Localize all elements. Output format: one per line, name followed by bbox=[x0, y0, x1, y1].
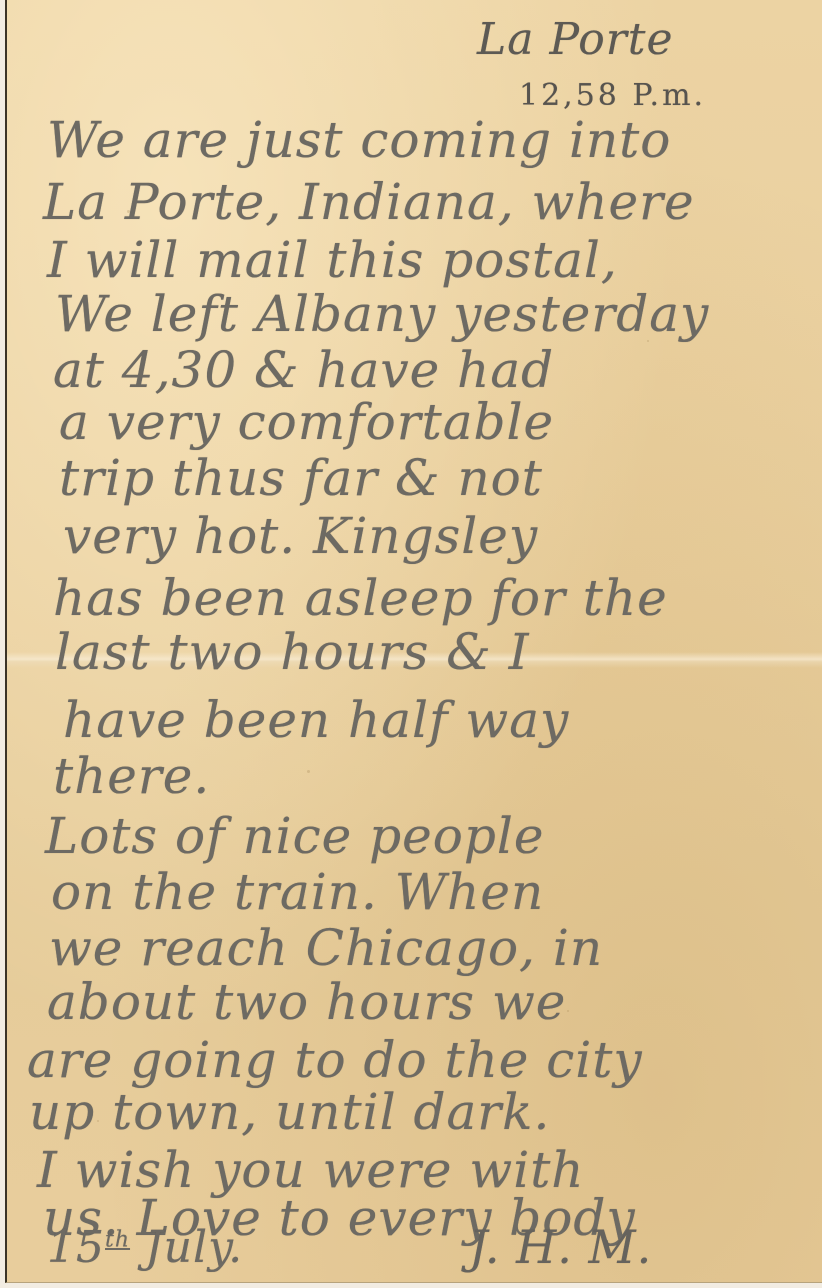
body-line: I will mail this postal, bbox=[47, 230, 618, 290]
scan-background: La Porte 12,58 P.m. We are just coming i… bbox=[0, 0, 822, 1288]
body-line: at 4,30 & have had bbox=[53, 340, 554, 400]
body-line: last two hours & I bbox=[55, 622, 529, 682]
body-line: up town, until dark. bbox=[29, 1082, 550, 1142]
body-line: trip thus far & not bbox=[59, 448, 543, 508]
body-line: has been asleep for the bbox=[53, 568, 668, 628]
body-line: have been half way bbox=[63, 690, 569, 750]
date-day: 15 bbox=[47, 1222, 105, 1273]
body-line: about two hours we bbox=[47, 972, 566, 1032]
body-line: a very comfortable bbox=[59, 392, 554, 452]
paper-speck bbox=[567, 1010, 569, 1012]
signature: J. H. M. bbox=[469, 1220, 652, 1274]
body-line: La Porte, Indiana, where bbox=[43, 172, 695, 232]
body-line: We are just coming into bbox=[47, 110, 671, 170]
postcard: La Porte 12,58 P.m. We are just coming i… bbox=[5, 0, 822, 1283]
body-line: on the train. When bbox=[51, 862, 544, 922]
header-time: 12,58 P.m. bbox=[519, 78, 706, 113]
body-line: we reach Chicago, in bbox=[49, 918, 603, 978]
body-line: very hot. Kingsley bbox=[63, 506, 538, 566]
body-line: there. bbox=[53, 746, 210, 806]
paper-speck bbox=[307, 770, 310, 773]
body-line: We left Albany yesterday bbox=[55, 284, 709, 344]
body-line: are going to do the city bbox=[27, 1030, 643, 1090]
date-suffix: th bbox=[105, 1227, 130, 1252]
date-month: July. bbox=[145, 1222, 243, 1273]
header-place: La Porte bbox=[477, 14, 674, 65]
footer-date: 15th July. bbox=[47, 1222, 243, 1273]
body-line: Lots of nice people bbox=[45, 806, 544, 866]
